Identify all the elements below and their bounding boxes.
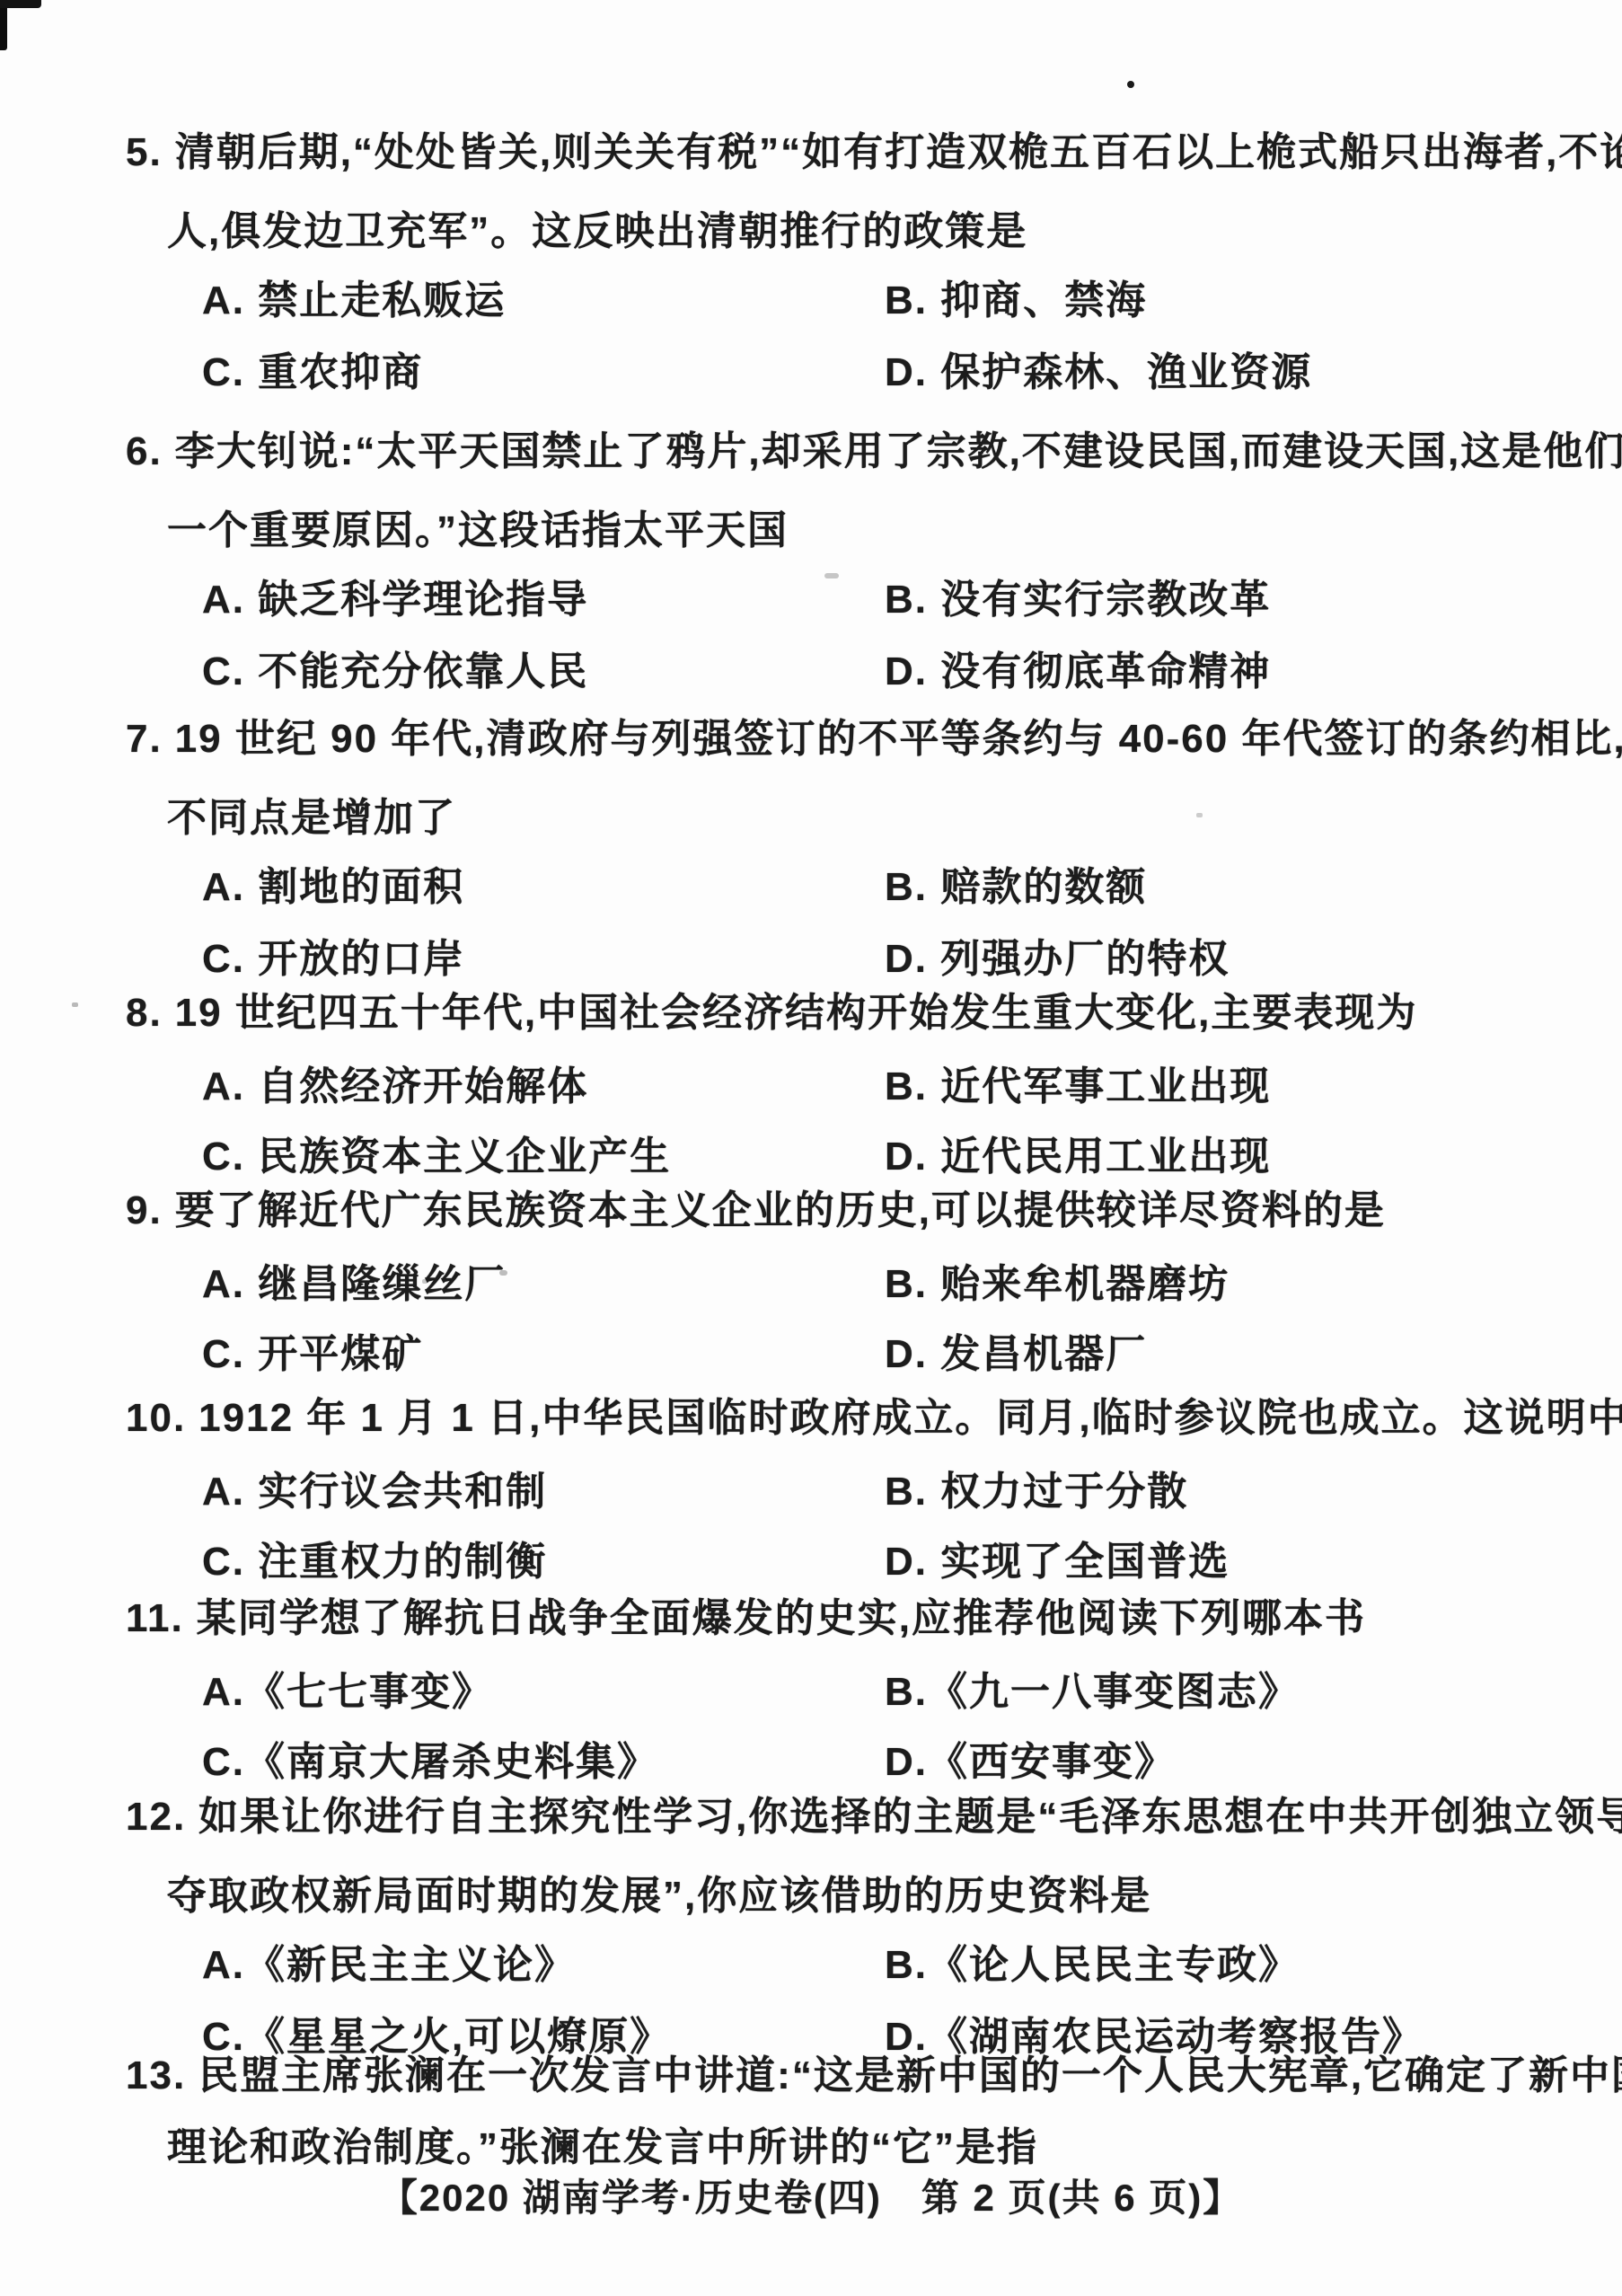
question-stem-text: 李大钊说:“太平天国禁止了鸦片,却采用了宗教,不建设民国,而建设天国,这是他们失… bbox=[175, 429, 1622, 473]
option-12C: C.《星星之火,可以燎原》 bbox=[202, 2017, 671, 2058]
question-stem-line: 11.某同学想了解抗日战争全面爆发的史实,应推荐他阅读下列哪本书 bbox=[126, 1598, 1366, 1639]
question-number: 12. bbox=[126, 1795, 186, 1839]
question-number: 7. bbox=[126, 717, 163, 761]
option-11C: C.《南京大屠杀史料集》 bbox=[202, 1742, 658, 1783]
question-number: 13. bbox=[126, 2053, 186, 2097]
option-11B: B.《九一八事变图志》 bbox=[885, 1672, 1300, 1713]
question-stem-line: 9.要了解近代广东民族资本主义企业的历史,可以提供较详尽资料的是 bbox=[126, 1190, 1386, 1232]
question-stem-line: 12.如果让你进行自主探究性学习,你选择的主题是“毛泽东思想在中共开创独立领导武… bbox=[126, 1797, 1622, 1838]
question-stem-line: 人,俱发边卫充军”。这反映出清朝推行的政策是 bbox=[167, 211, 1027, 252]
scan-artifact-speck bbox=[824, 573, 839, 578]
question-stem-line: 13.民盟主席张澜在一次发言中讲道:“这是新中国的一个人民大宪章,它确定了新中国… bbox=[126, 2055, 1622, 2097]
question-stem-text: 19 世纪四五十年代,中国社会经济结构开始发生重大变化,主要表现为 bbox=[175, 991, 1418, 1035]
option-5B: B. 抑商、禁海 bbox=[885, 280, 1147, 322]
option-10A: A. 实行议会共和制 bbox=[202, 1471, 547, 1513]
option-10C: C. 注重权力的制衡 bbox=[202, 1541, 547, 1583]
option-7B: B. 赔款的数额 bbox=[885, 867, 1147, 908]
option-6D: D. 没有彻底革命精神 bbox=[885, 651, 1271, 693]
scan-artifact-speck bbox=[72, 1002, 78, 1007]
option-9A: A. 继昌隆缫丝厂 bbox=[202, 1264, 506, 1305]
option-8C: C. 民族资本主义企业产生 bbox=[202, 1136, 671, 1178]
question-number: 8. bbox=[126, 991, 163, 1035]
option-7D: D. 列强办厂的特权 bbox=[885, 939, 1230, 980]
question-number: 5. bbox=[126, 130, 163, 174]
option-8D: D. 近代民用工业出现 bbox=[885, 1136, 1271, 1178]
option-6C: C. 不能充分依靠人民 bbox=[202, 651, 588, 693]
question-number: 11. bbox=[126, 1596, 184, 1640]
option-10D: D. 实现了全国普选 bbox=[885, 1541, 1230, 1583]
option-10B: B. 权力过于分散 bbox=[885, 1471, 1188, 1513]
question-stem-line: 一个重要原因。”这段话指太平天国 bbox=[167, 510, 789, 552]
page-footer: 【2020 湖南学考·历史卷(四) 第 2 页(共 6 页)】 bbox=[0, 2168, 1622, 2222]
question-stem-line: 7.19 世纪 90 年代,清政府与列强签订的不平等条约与 40-60 年代签订… bbox=[126, 719, 1622, 760]
question-stem-text: 民盟主席张澜在一次发言中讲道:“这是新中国的一个人民大宪章,它确定了新中国的政治 bbox=[198, 2053, 1622, 2097]
option-6B: B. 没有实行宗教改革 bbox=[885, 579, 1271, 621]
scan-artifact-top-smear bbox=[0, 0, 41, 8]
option-9C: C. 开平煤矿 bbox=[202, 1334, 423, 1375]
question-stem-line: 6.李大钊说:“太平天国禁止了鸦片,却采用了宗教,不建设民国,而建设天国,这是他… bbox=[126, 431, 1622, 472]
question-number: 10. bbox=[126, 1396, 186, 1440]
question-stem-line: 夺取政权新局面时期的发展”,你应该借助的历史资料是 bbox=[167, 1876, 1151, 1917]
option-11D: D.《西安事变》 bbox=[885, 1742, 1176, 1783]
question-stem-line: 10.1912 年 1 月 1 日,中华民国临时政府成立。同月,临时参议院也成立… bbox=[126, 1398, 1622, 1439]
option-9B: B. 贻来牟机器磨坊 bbox=[885, 1264, 1230, 1305]
option-7A: A. 割地的面积 bbox=[202, 867, 464, 908]
option-5D: D. 保护森林、渔业资源 bbox=[885, 352, 1312, 393]
option-8B: B. 近代军事工业出现 bbox=[885, 1066, 1271, 1108]
option-12A: A.《新民主主义论》 bbox=[202, 1945, 576, 1986]
question-stem-line: 理论和政治制度。”张澜在发言中所讲的“它”是指 bbox=[167, 2127, 1038, 2168]
option-8A: A. 自然经济开始解体 bbox=[202, 1066, 588, 1108]
option-9D: D. 发昌机器厂 bbox=[885, 1334, 1147, 1375]
question-stem-line: 8.19 世纪四五十年代,中国社会经济结构开始发生重大变化,主要表现为 bbox=[126, 993, 1417, 1034]
scan-artifact-dot bbox=[1127, 81, 1134, 88]
option-6A: A. 缺乏科学理论指导 bbox=[202, 579, 588, 621]
question-number: 6. bbox=[126, 429, 163, 473]
question-stem-text: 1912 年 1 月 1 日,中华民国临时政府成立。同月,临时参议院也成立。这说… bbox=[198, 1396, 1622, 1440]
question-stem-text: 如果让你进行自主探究性学习,你选择的主题是“毛泽东思想在中共开创独立领导武装斗争 bbox=[198, 1795, 1622, 1839]
option-12B: B.《论人民民主专政》 bbox=[885, 1945, 1300, 1986]
scan-artifact-speck bbox=[1196, 813, 1203, 817]
question-stem-text: 要了解近代广东民族资本主义企业的历史,可以提供较详尽资料的是 bbox=[175, 1188, 1386, 1232]
option-12D: D.《湖南农民运动考察报告》 bbox=[885, 2017, 1424, 2058]
option-5A: A. 禁止走私贩运 bbox=[202, 280, 506, 322]
question-stem-line: 5.清朝后期,“处处皆关,则关关有税”“如有打造双桅五百石以上桅式船只出海者,不… bbox=[126, 132, 1622, 173]
question-stem-line: 不同点是增加了 bbox=[167, 798, 456, 839]
exam-page-scan: 5.清朝后期,“处处皆关,则关关有税”“如有打造双桅五百石以上桅式船只出海者,不… bbox=[0, 0, 1622, 2296]
question-stem-text: 清朝后期,“处处皆关,则关关有税”“如有打造双桅五百石以上桅式船只出海者,不论官… bbox=[175, 130, 1622, 174]
question-stem-text: 某同学想了解抗日战争全面爆发的史实,应推荐他阅读下列哪本书 bbox=[197, 1596, 1366, 1640]
option-7C: C. 开放的口岸 bbox=[202, 939, 464, 980]
question-stem-text: 19 世纪 90 年代,清政府与列强签订的不平等条约与 40-60 年代签订的条… bbox=[175, 717, 1622, 761]
option-5C: C. 重农抑商 bbox=[202, 352, 423, 393]
question-number: 9. bbox=[126, 1188, 163, 1232]
option-11A: A.《七七事变》 bbox=[202, 1672, 493, 1713]
